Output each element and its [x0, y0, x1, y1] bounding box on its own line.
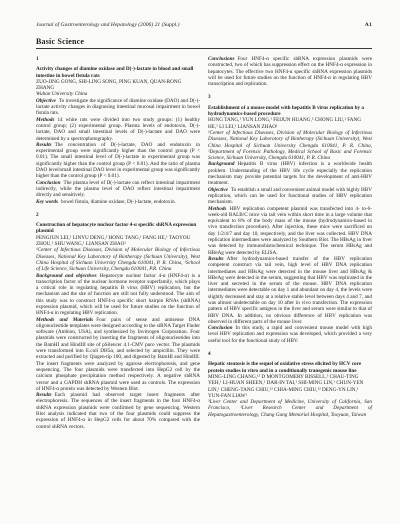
paragraph-label: Background and objectives: [36, 273, 97, 279]
paragraph-label: Background: [208, 161, 235, 167]
abstract-paragraph: Methods and MaterialsFour pairs of sense…: [36, 317, 200, 393]
abstract-affiliation: ¹Center of Infectious Diseases, Division…: [36, 247, 200, 272]
paragraph-label: Conclusion: [36, 180, 61, 186]
abstract-paragraph: ObjectiveTo investigate the significance…: [36, 98, 200, 117]
abstract-number: 4: [208, 351, 372, 357]
paragraph-label: Results: [36, 142, 52, 148]
paragraph-label: Methods and Materials: [36, 317, 93, 323]
abstract-authors: ZUO-JING GONG, SHI-LING SONG, PING KUAN,…: [36, 79, 200, 92]
abstract-number: 1: [36, 56, 200, 62]
section-heading: Basic Science: [36, 37, 372, 49]
abstract-authors: MING-LING CHANG,¹² D MONTGOMERY BISSELL,…: [208, 374, 372, 399]
paragraph-label: Results: [208, 256, 224, 262]
paragraph-text: 14 white rats were divided into two stud…: [36, 117, 200, 142]
abstract-paragraph-continuation: ConclusionsFour HNF4-α specific shRNA ex…: [208, 56, 372, 87]
abstract-paragraph: ConclusionThe plasma level of D(-)-lacta…: [36, 180, 200, 199]
abstract-title: Construction of hepatocyte nuclear facto…: [36, 222, 200, 235]
two-column-body: 1 Activity changes of diamine oxidase an…: [36, 56, 372, 430]
abstract-paragraph: MethodsHBV replication competent plasmid…: [208, 206, 372, 256]
paragraph-text: HBV replication competent plasmid was tr…: [208, 206, 372, 256]
abstract-title: Activity changes of diamine oxidase and …: [36, 66, 200, 79]
abstract-number: 3: [208, 94, 372, 100]
abstract-title: Hepatic steatosis is the sequel of oxida…: [208, 361, 372, 374]
paragraph-text: Each plasmid had observed target insert …: [36, 392, 200, 429]
page-header: Journal of Gastroenterology and Hepatolo…: [36, 22, 372, 29]
paragraph-text: Hepatocyte nuclear factor 4-α (HNF4-α) i…: [36, 273, 200, 317]
abstract-paragraph: ConclusionIn this study, a rapid and con…: [208, 325, 372, 344]
abstract-number: 2: [36, 212, 200, 218]
abstract-paragraph: Background and objectivesHepatocyte nucl…: [36, 273, 200, 317]
paragraph-text: After hydrodynamics-based transfer of th…: [208, 256, 372, 325]
abstract-title: Establishment of a mouse model with hepa…: [208, 105, 372, 118]
abstract-keywords: Key wordsbowel fistula, diamine oxidase,…: [36, 199, 200, 205]
paragraph-label: Objective: [36, 98, 56, 104]
page-number: A1: [365, 22, 372, 29]
paragraph-label: Methods: [36, 117, 54, 123]
paragraph-text: To investigate the significance of diami…: [36, 98, 200, 117]
paragraph-text: bowel fistula, diamine oxidase, D(-)-lac…: [61, 199, 176, 205]
abstract-paragraph: BackgroundHepatitis B virus (HBV) infect…: [208, 161, 372, 186]
abstract-paragraph: ObjectiveTo establish a small and conven…: [208, 187, 372, 206]
paragraph-label: Objective: [208, 187, 228, 193]
journal-page: Journal of Gastroenterology and Hepatolo…: [0, 0, 400, 524]
abstract-authors: HONG TANG,¹ YUN LONG,¹ FEIJUN HUANG,² CH…: [208, 117, 372, 130]
paragraph-text: The concentration of D(-)-lactate, DAO a…: [36, 142, 200, 179]
column-left: 1 Activity changes of diamine oxidase an…: [36, 56, 200, 430]
column-right: ConclusionsFour HNF4-α specific shRNA ex…: [208, 56, 372, 430]
paragraph-label: Conclusion: [208, 325, 233, 331]
abstract-paragraph: ResultsEach plasmid had observed target …: [36, 392, 200, 430]
abstract-affiliation: ¹Center of Infectious Diseases, Division…: [208, 130, 372, 161]
abstract-authors: PENGJUN LEI,¹ LINYU DENG,² HONG TANG,¹ F…: [36, 235, 200, 248]
abstract-paragraph: ResultsAfter hydrodynamics-based transfe…: [208, 256, 372, 325]
abstract-paragraph: ResultsThe concentration of D(-)-lactate…: [36, 142, 200, 180]
paragraph-label: Key words: [36, 199, 58, 205]
paragraph-label: Methods: [208, 206, 226, 212]
journal-title: Journal of Gastroenterology and Hepatolo…: [36, 22, 179, 29]
paragraph-text: To establish a small and convenient anim…: [208, 187, 372, 206]
abstract-affiliation: ³Liver Center and Department of Medicine…: [208, 399, 372, 418]
abstract-paragraph: Methods14 white rats were divided into t…: [36, 117, 200, 142]
paragraph-text: Four pairs of sense and antisense DNA ol…: [36, 317, 200, 392]
